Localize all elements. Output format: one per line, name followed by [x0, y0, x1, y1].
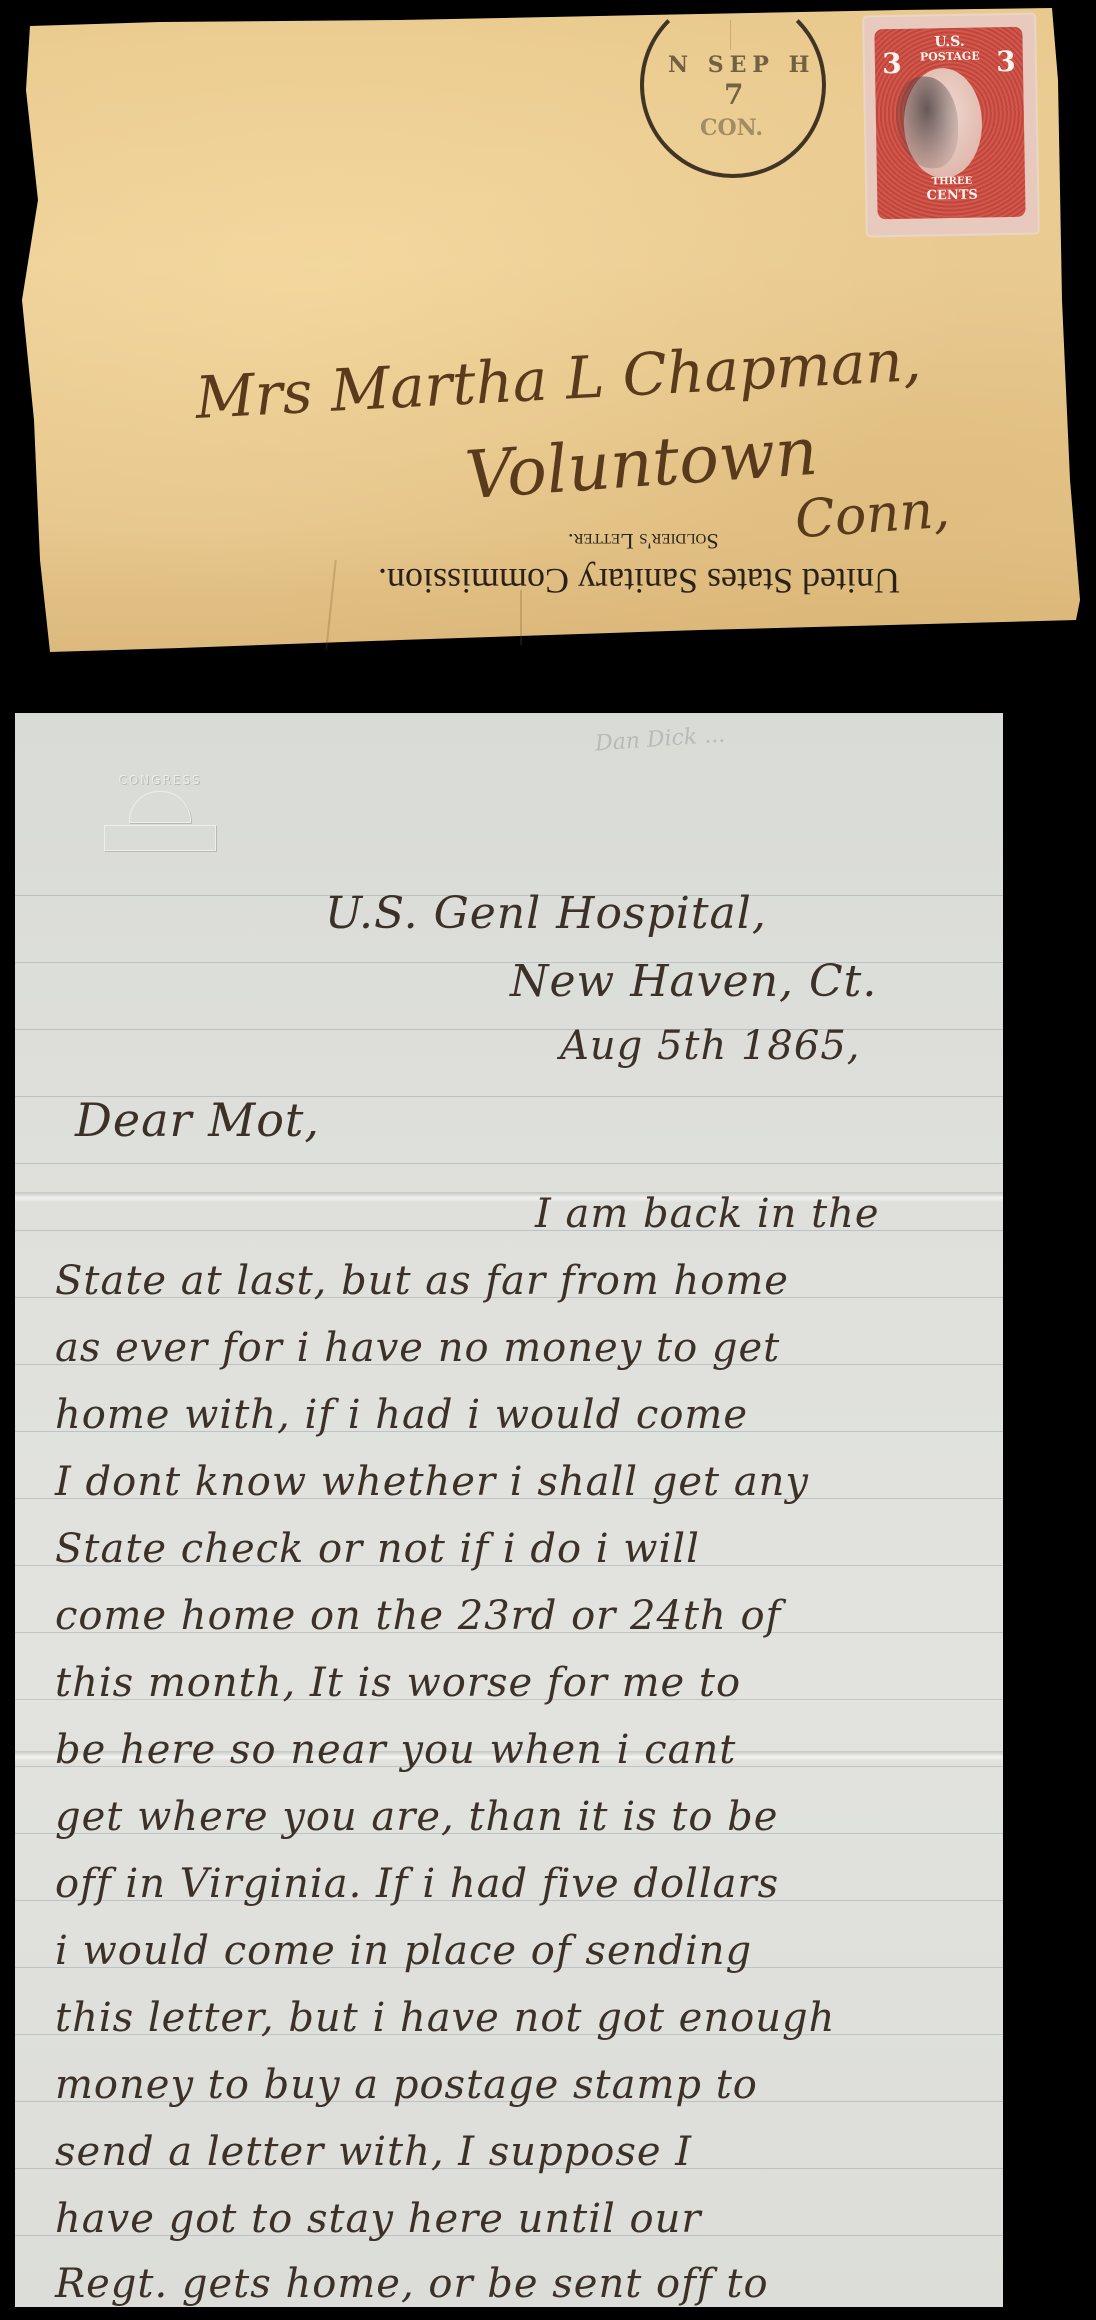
postage-stamp: U.S. POSTAGE 3 3 THREE CENTS: [864, 15, 1038, 236]
salutation: Dear Mot,: [75, 1093, 320, 1147]
heading-city: New Haven, Ct.: [510, 956, 877, 1007]
heading-date: Aug 5th 1865,: [560, 1023, 860, 1069]
body-line: get where you are, than it is to be: [55, 1794, 778, 1840]
body-line: off in Virginia. If i had five dollars: [55, 1861, 779, 1907]
imprint-soldiers-letter: Soldier's Letter.: [568, 528, 719, 554]
stamp-postage-label: POSTAGE: [907, 49, 993, 63]
body-line: send a letter with, I suppose I: [55, 2129, 692, 2175]
body-line: be here so near you when i cant: [55, 1727, 736, 1773]
embossed-letterhead: CONGRESS: [95, 773, 225, 873]
body-line: this letter, but i have not got enough: [55, 1995, 835, 2041]
address-state: Conn,: [793, 480, 951, 551]
stamp-cents-label: CENTS: [909, 187, 995, 203]
postmark-day: 7: [724, 78, 743, 111]
capitol-dome-icon: [129, 791, 191, 823]
body-line: home with, if i had i would come: [55, 1392, 748, 1438]
emboss-label: CONGRESS: [95, 773, 225, 787]
body-line: have got to stay here until our: [55, 2196, 702, 2242]
stamp-us-label: U.S.: [924, 34, 974, 51]
body-line: State check or not if i do i will: [55, 1526, 700, 1572]
body-line: I am back in the: [535, 1191, 880, 1237]
body-line: this month, It is worse for me to: [55, 1660, 741, 1706]
body-line: come home on the 23rd or 24th of: [55, 1593, 781, 1639]
body-line: i would come in place of sending: [55, 1928, 752, 1974]
heading-hospital: U.S. Genl Hospital,: [325, 888, 767, 939]
postmark-state: CON.: [700, 115, 763, 141]
postmark-month: N SEP H: [668, 52, 815, 78]
body-line: Regt. gets home, or be sent off to: [55, 2261, 769, 2307]
letter-sheet: CONGRESS Dan Dick ... U.S. Genl Hospital…: [15, 713, 1003, 2307]
stamp-denomination-right: 3: [995, 45, 1018, 78]
body-line: money to buy a postage stamp to: [55, 2062, 758, 2108]
stamp-denomination-left: 3: [881, 47, 904, 80]
envelope: N SEP H 7 CON. U.S. POSTAGE 3 3 THREE CE…: [0, 0, 1096, 660]
pencil-annotation: Dan Dick ...: [594, 722, 726, 756]
body-line: as ever for i have no money to get: [55, 1325, 780, 1371]
stamp-three-label: THREE: [917, 175, 987, 187]
imprint-sanitary-commission: United States Sanitary Commission.: [378, 560, 900, 602]
capitol-base-icon: [104, 825, 216, 851]
body-line: I dont know whether i shall get any: [55, 1459, 809, 1505]
body-line: State at last, but as far from home: [55, 1258, 789, 1304]
